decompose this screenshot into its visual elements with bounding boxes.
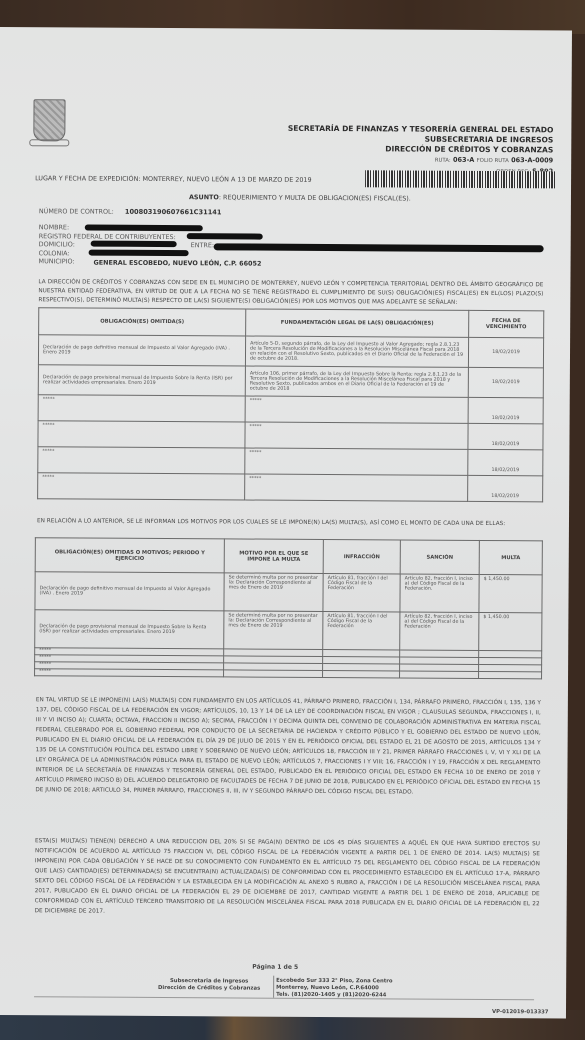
sanction-cell: Artículo 82, fracción I, inciso a) del C… — [400, 612, 479, 650]
footer-address: Escobedo Sur 333 2° Piso, Zona Centro Mo… — [276, 978, 406, 1000]
obligation-cell: Declaración de pago provisional mensual … — [38, 365, 245, 396]
barcode — [365, 170, 555, 188]
obligation-cell: ***** — [38, 395, 245, 422]
intro-paragraph: LA DIRECCIÓN DE CRÉDITOS Y COBRANZAS CON… — [38, 278, 543, 308]
footer-rule — [34, 996, 534, 1000]
sanction-cell — [400, 671, 479, 678]
obligation-cell: ***** — [38, 421, 245, 448]
col-motivo: MOTIVO POR EL QUE SE IMPONE LA MULTA — [224, 539, 323, 574]
amount-cell: $ 1,450.00 — [479, 612, 542, 650]
legal-basis-cell: ***** — [245, 396, 468, 423]
amount-cell — [479, 671, 542, 678]
infraction-cell: Artículo 81, fracción I del Código Fisca… — [323, 611, 400, 649]
between-label: ENTRE: — [191, 241, 214, 249]
due-date-cell: 18/02/2019 — [468, 449, 543, 475]
sanction-cell: Artículo 82, fracción I, inciso a) del C… — [400, 574, 479, 612]
obligation-cell: Declaración de pago provisional mensual … — [35, 610, 224, 649]
redacted-rfc — [187, 233, 263, 239]
footer-office: Subsecretaria de Ingresos Dirección de C… — [154, 978, 264, 993]
state-coat-of-arms-icon — [33, 99, 65, 141]
legal-basis-cell: ***** — [245, 448, 468, 475]
obligation-cell: ***** — [38, 473, 245, 500]
due-date-cell: 18/02/2019 — [468, 423, 543, 449]
infraction-cell: Artículo 81, fracción I del Código Fisca… — [323, 573, 400, 611]
municipality: GENERAL ESCOBEDO, NUEVO LEÓN, C.P. 66052 — [94, 259, 262, 268]
fines-table: OBLIGACIÓN(ES) OMITIDAS O MOTIVOS; PERIO… — [34, 537, 543, 679]
redacted-name — [85, 225, 203, 232]
document-code: VP-012019-013337 — [492, 1009, 549, 1016]
obligation-row: **********18/02/2019 — [38, 395, 543, 424]
due-date-cell: 18/02/2019 — [468, 475, 543, 501]
reason-cell: Se determinó multa por no presentar la: … — [224, 611, 323, 650]
obligation-row: Declaración de pago definitivo mensual d… — [38, 335, 543, 368]
due-date-cell: 18/02/2019 — [468, 337, 543, 367]
legal-basis-cell: Artículo 5-D, segundo párrafo, de la Ley… — [245, 336, 468, 367]
fine-row: Declaración de pago provisional mensual … — [35, 610, 542, 651]
obligation-row: **********18/02/2019 — [38, 421, 543, 450]
legal-basis-cell: ***** — [245, 474, 468, 501]
obligation-row: **********18/02/2019 — [38, 447, 543, 476]
legal-basis-cell: Artículo 106, primer párrafo, de la Ley … — [245, 366, 468, 397]
legal-basis-paragraph: EN TAL VIRTUD SE LE IMPONE(N) LA(S) MULT… — [35, 695, 541, 798]
page-number: Página 1 de 5 — [252, 964, 298, 971]
obligation-cell: Declaración de pago definitivo mensual d… — [38, 335, 245, 366]
coat-of-arms-ribbon — [29, 139, 69, 146]
footer-divider — [273, 976, 274, 998]
col-obligacion: OBLIGACIÓN(ES) OMITIDA(S) — [39, 308, 246, 336]
place-and-date: LUGAR Y FECHA DE EXPEDICIÓN: MONTERREY, … — [35, 174, 312, 184]
redacted-colonia — [89, 250, 189, 257]
obligation-cell: Declaración de pago definitivo mensual d… — [35, 572, 224, 611]
obligations-table: OBLIGACIÓN(ES) OMITIDA(S) FUNDAMENTACIÓN… — [37, 307, 544, 502]
relation-paragraph: EN RELACIÓN A LO ANTERIOR, SE LE INFORMA… — [37, 516, 542, 529]
legal-basis-cell: ***** — [245, 422, 468, 449]
col-infraccion: INFRACCIÓN — [323, 539, 400, 573]
control-number-label: NÚMERO DE CONTROL: — [39, 207, 114, 215]
col-vencimiento: FECHA DE VENCIMIENTO — [469, 310, 544, 337]
col-sancion: SANCIÓN — [400, 540, 479, 574]
col-obligaciones: OBLIGACIÓN(ES) OMITIDAS O MOTIVOS; PERIO… — [35, 538, 224, 573]
redacted-between-streets — [214, 243, 544, 252]
secretaria-title: SECRETARÍA DE FINANZAS Y TESORERÍA GENER… — [288, 124, 554, 136]
letterhead: SECRETARÍA DE FINANZAS Y TESORERÍA GENER… — [288, 124, 554, 178]
due-date-cell: 18/02/2019 — [468, 367, 543, 397]
reduction-paragraph: ESTA(S) MULTA(S) TIENE(N) DERECHO A UNA … — [35, 836, 540, 919]
subject-line: ASUNTO: REQUERIMIENTO Y MULTA DE OBLIGAC… — [189, 193, 411, 202]
reason-cell: Se determinó multa por no presentar la: … — [224, 573, 323, 612]
obligation-row: Declaración de pago provisional mensual … — [38, 365, 543, 398]
amount-cell: $ 1,450.00 — [479, 574, 542, 612]
redacted-address — [91, 241, 177, 248]
control-number: 100803190607661C31141 — [125, 208, 222, 217]
obligation-row: **********18/02/2019 — [38, 473, 543, 502]
obligation-cell: ***** — [35, 669, 224, 677]
col-multa: MULTA — [479, 540, 542, 574]
due-date-cell: 18/02/2019 — [468, 397, 543, 423]
fine-row: Declaración de pago definitivo mensual d… — [35, 572, 542, 613]
document-page: SECRETARÍA DE FINANZAS Y TESORERÍA GENER… — [0, 27, 572, 1018]
obligation-cell: ***** — [38, 447, 245, 474]
col-fundamentacion: FUNDAMENTACIÓN LEGAL DE LA(S) OBLIGACIÓN… — [246, 309, 469, 337]
infraction-cell — [323, 670, 400, 677]
reason-cell — [224, 670, 323, 678]
